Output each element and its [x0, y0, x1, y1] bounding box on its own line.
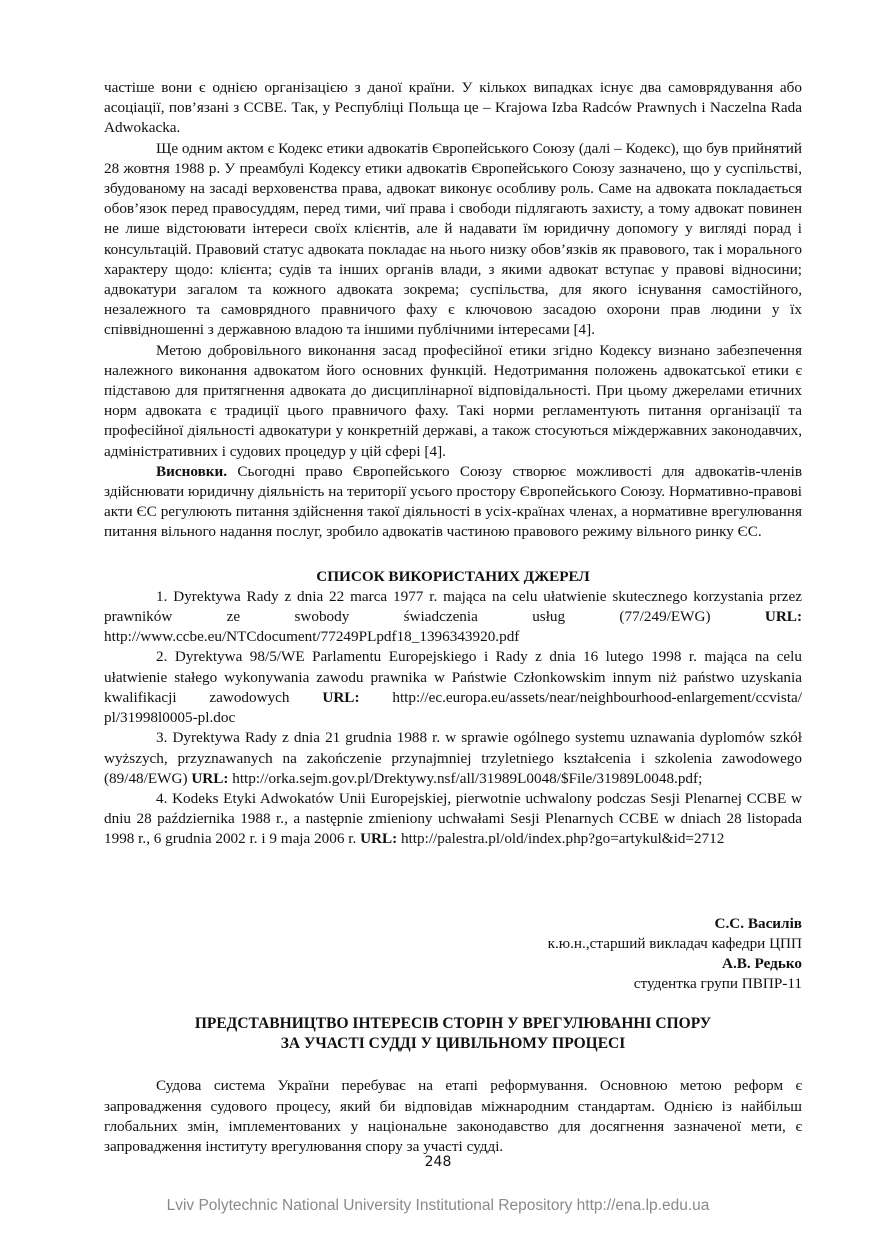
article-title: ПРЕДСТАВНИЦТВО ІНТЕРЕСІВ СТОРІН У ВРЕГУЛ… [104, 1014, 802, 1054]
paragraph-code-of-ethics: Ще одним актом є Кодекс етики адвокатів … [104, 139, 802, 341]
article-title-line: ПРЕДСТАВНИЦТВО ІНТЕРЕСІВ СТОРІН У ВРЕГУЛ… [104, 1014, 802, 1034]
references-title: СПИСОК ВИКОРИСТАНИХ ДЖЕРЕЛ [104, 567, 802, 587]
author-role: к.ю.н.,старший викладач кафедри ЦПП [104, 934, 802, 954]
article-body: Судова система України перебуває на етап… [104, 1076, 802, 1157]
reference-url[interactable]: http://orka.sejm.gov.pl/Drektywy.nsf/all… [228, 770, 702, 787]
author-name: С.С. Василів [104, 914, 802, 934]
url-label: URL: [191, 770, 228, 787]
repository-footer: Lviv Polytechnic National University Ins… [0, 1197, 876, 1215]
authors-block: С.С. Василів к.ю.н.,старший викладач каф… [104, 914, 802, 995]
paragraph-continuation: частіше вони є однією організацією з дан… [104, 78, 802, 139]
url-label: URL: [765, 608, 802, 625]
conclusions-label: Висновки. [156, 463, 227, 480]
page-number: 248 [0, 1154, 876, 1170]
reference-item: 3. Dyrektywa Rady z dnia 21 grudnia 1988… [104, 728, 802, 789]
reference-item: 4. Kodeks Etyki Adwokatów Unii Europejsk… [104, 789, 802, 850]
page-content: частіше вони є однією організацією з дан… [104, 78, 802, 1157]
url-label: URL: [360, 830, 397, 847]
reference-item: 2. Dyrektywa 98/5/WE Parlamentu Europejs… [104, 647, 802, 728]
author-role: студентка групи ПВПР-11 [104, 974, 802, 994]
reference-text: 1. Dyrektywa Rady z dnia 22 marca 1977 r… [104, 588, 802, 625]
reference-item: 1. Dyrektywa Rady z dnia 22 marca 1977 r… [104, 587, 802, 648]
reference-url[interactable]: http://palestra.pl/old/index.php?go=arty… [397, 830, 724, 847]
paragraph-conclusions: Висновки. Сьогодні право Європейського С… [104, 462, 802, 543]
paragraph-voluntary-compliance: Метою добровільного виконання засад проф… [104, 341, 802, 462]
article-title-line: ЗА УЧАСТІ СУДДІ У ЦИВІЛЬНОМУ ПРОЦЕСІ [104, 1034, 802, 1054]
reference-url[interactable]: http://www.ccbe.eu/NTCdocument/77249PLpd… [104, 628, 519, 645]
url-label: URL: [322, 689, 359, 706]
author-name: А.В. Редько [104, 954, 802, 974]
